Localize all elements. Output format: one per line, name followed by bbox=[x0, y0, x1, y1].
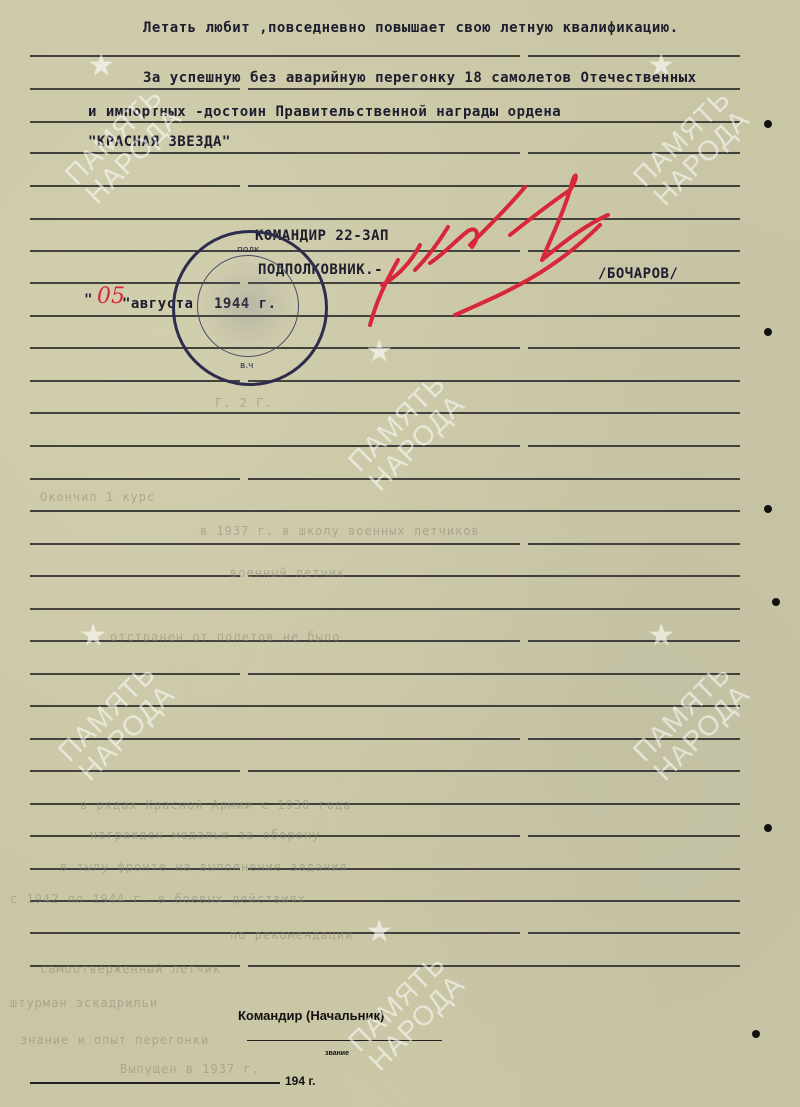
ruled-line bbox=[30, 88, 240, 90]
ruled-line bbox=[30, 478, 240, 480]
faint-text: военный летчик bbox=[230, 566, 345, 580]
ruled-line bbox=[248, 88, 740, 90]
faint-text: штурман эскадрильи bbox=[10, 996, 158, 1010]
watermark-star-icon: ★ bbox=[648, 40, 675, 84]
faint-text: награжден медалью за оборону bbox=[90, 828, 320, 842]
ruled-line bbox=[528, 445, 740, 447]
stamp-text-top: полк bbox=[237, 245, 260, 255]
stamp-text-bottom: в.ч bbox=[240, 361, 253, 371]
ruled-line bbox=[248, 673, 740, 675]
ruled-line bbox=[30, 608, 740, 610]
ruled-line bbox=[248, 478, 740, 480]
ruled-line bbox=[528, 55, 740, 57]
punch-hole bbox=[764, 120, 772, 128]
ruled-line bbox=[528, 640, 740, 642]
ruled-line bbox=[248, 380, 740, 382]
watermark-star-icon: ★ bbox=[366, 326, 393, 370]
rank-label: звание bbox=[325, 1050, 349, 1057]
faint-text: Выпущен в 1937 г. bbox=[120, 1062, 260, 1076]
body-line-1: Летать любит ,повседневно повышает свою … bbox=[143, 20, 679, 36]
ruled-line bbox=[528, 543, 740, 545]
ruled-line bbox=[528, 835, 740, 837]
watermark: ПАМЯТЬ НАРОДА bbox=[628, 659, 755, 786]
watermark: ПАМЯТЬ НАРОДА bbox=[53, 659, 180, 786]
ruled-line bbox=[30, 445, 520, 447]
faint-text: Окончил 1 курс bbox=[40, 490, 155, 504]
watermark-star-icon: ★ bbox=[648, 610, 675, 654]
faint-text: по рекомендации bbox=[230, 928, 353, 942]
ruled-line bbox=[528, 347, 740, 349]
ruled-line bbox=[528, 932, 740, 934]
date-day-handwritten: 05 bbox=[97, 284, 125, 309]
stamp-emblem bbox=[197, 255, 299, 357]
ruled-line bbox=[30, 185, 240, 187]
ruled-line bbox=[30, 510, 740, 512]
faint-text: отстранен от полетов не было bbox=[110, 630, 340, 644]
date-open-quote: " bbox=[84, 292, 93, 308]
faint-text: в рядах Красной Армии с 1930 года bbox=[80, 798, 351, 812]
faint-text: в тылу фронте на выполнение задания bbox=[60, 860, 348, 874]
ruled-line bbox=[248, 965, 740, 967]
ruled-line bbox=[30, 380, 240, 382]
ruled-line bbox=[30, 543, 520, 545]
faint-text: Г. 2 Г. bbox=[215, 396, 273, 410]
ruled-line bbox=[30, 770, 240, 772]
punch-hole bbox=[752, 1030, 760, 1038]
official-stamp: полк в.ч bbox=[172, 230, 328, 386]
punch-hole bbox=[764, 328, 772, 336]
faint-text: с 1942 по 1944 г. в боевых действиях bbox=[10, 892, 306, 906]
faint-text: самоотверженный летчик bbox=[40, 962, 221, 976]
watermark-star-icon: ★ bbox=[80, 610, 107, 654]
watermark-star-icon: ★ bbox=[88, 40, 115, 84]
faint-text: в 1937 г. в школу военных летчиков bbox=[200, 524, 480, 538]
red-signature bbox=[360, 165, 620, 335]
watermark-star-icon: ★ bbox=[366, 906, 393, 950]
body-line-2: За успешную без аварийную перегонку 18 с… bbox=[143, 70, 697, 86]
punch-hole bbox=[764, 505, 772, 513]
year-label: 194 г. bbox=[285, 1074, 316, 1088]
punch-hole bbox=[772, 598, 780, 606]
ruled-line bbox=[30, 575, 240, 577]
watermark: ПАМЯТЬ НАРОДА bbox=[628, 84, 755, 211]
faint-text: знание и опыт перегонки bbox=[20, 1033, 209, 1047]
date-line bbox=[30, 1082, 280, 1084]
punch-hole bbox=[764, 824, 772, 832]
